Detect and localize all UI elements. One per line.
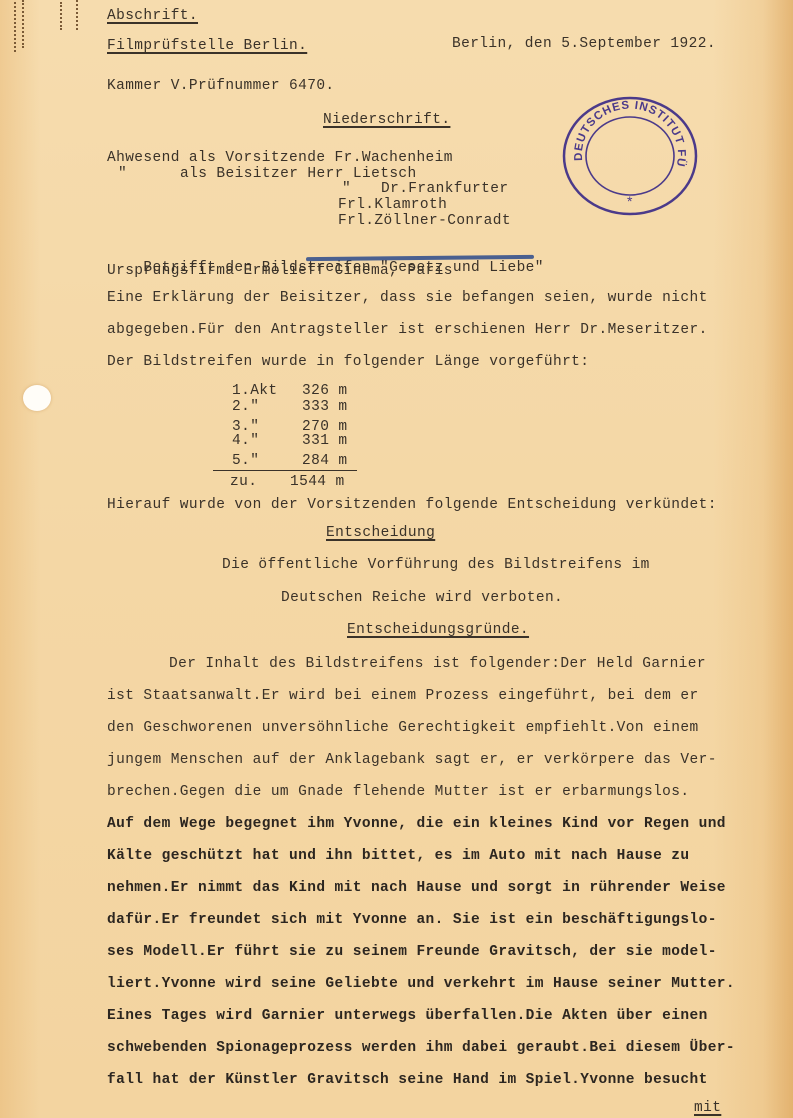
reasons-line: jungem Menschen auf der Anklagebank sagt… (107, 752, 717, 769)
institute-stamp: DEUTSCHES INSTITUT FÜR FILMKUNDE E.V. * (561, 94, 699, 218)
document-page: Abschrift. Filmprüfstelle Berlin. Berlin… (0, 0, 793, 1118)
length-row-value: 326 m (302, 383, 348, 400)
svg-text:*: * (627, 193, 633, 209)
decision-line-1: Die öffentliche Vorführung des Bildstrei… (222, 557, 650, 574)
length-row-value: 331 m (302, 433, 348, 450)
length-row-act: 1.Akt (232, 383, 278, 400)
reasons-line: ses Modell.Er führt sie zu seinem Freund… (107, 944, 717, 961)
chamber-number: Kammer V.Prüfnummer 6470. (107, 78, 335, 95)
stamp-seal-icon: DEUTSCHES INSTITUT FÜR FILMKUNDE E.V. * (561, 94, 699, 218)
attendance-chair: Ahwesend als Vorsitzende Fr.Wachenheim (107, 150, 453, 167)
reasons-heading: Entscheidungsgründe. (347, 622, 529, 639)
total-length: 1544 m (290, 474, 345, 491)
attendance-assessor-3: Frl.Klamroth (338, 197, 447, 214)
svg-text:DEUTSCHES INSTITUT FÜR FILMKUN: DEUTSCHES INSTITUT FÜR FILMKUNDE E.V. (561, 94, 688, 168)
reasons-line: Eines Tages wird Garnier unterwegs überf… (107, 1008, 708, 1025)
reasons-line: nehmen.Er nimmt das Kind mit nach Hause … (107, 880, 726, 897)
announcement: Hierauf wurde von der Vorsitzenden folge… (107, 497, 717, 514)
length-row-act: 5." (232, 453, 259, 470)
ditto-mark: " (342, 181, 351, 198)
sum-rule (213, 470, 357, 471)
ditto-mark: " (118, 166, 127, 183)
production-company: Ursprungsfirma Ermolieff Cinema, Paris (107, 263, 453, 280)
reasons-line: Auf dem Wege begegnet ihm Yvonne, die ei… (107, 816, 726, 833)
reasons-line: fall hat der Künstler Gravitsch seine Ha… (107, 1072, 708, 1089)
document-title: Niederschrift. (323, 112, 450, 129)
office-name: Filmprüfstelle Berlin. (107, 38, 307, 55)
decision-line-2: Deutschen Reiche wird verboten. (281, 590, 563, 607)
reasons-line: ist Staatsanwalt.Er wird bei einem Proze… (107, 688, 699, 705)
reasons-line: brechen.Gegen die um Gnade flehende Mutt… (107, 784, 690, 801)
length-row-value: 333 m (302, 399, 348, 416)
reasons-line: dafür.Er freundet sich mit Yvonne an. Si… (107, 912, 717, 929)
total-label: zu. (230, 474, 257, 491)
reasons-line: liert.Yvonne wird seine Geliebte und ver… (107, 976, 735, 993)
length-row-value: 284 m (302, 453, 348, 470)
punch-hole (23, 385, 51, 411)
reasons-line: schwebenden Spionageprozess werden ihm d… (107, 1040, 735, 1057)
intro-line-2: abgegeben.Für den Antragsteller ist ersc… (107, 322, 708, 339)
intro-line-3: Der Bildstreifen wurde in folgender Läng… (107, 354, 589, 371)
intro-line-1: Eine Erklärung der Beisitzer, dass sie b… (107, 290, 708, 307)
reasons-line: Der Inhalt des Bildstreifens ist folgend… (169, 656, 706, 673)
margin-marks (10, 0, 80, 55)
length-row-act: 4." (232, 433, 259, 450)
place-date: Berlin, den 5.September 1922. (452, 36, 716, 53)
decision-heading: Entscheidung (326, 525, 435, 542)
reasons-line: den Geschworenen unversöhnliche Gerechti… (107, 720, 699, 737)
length-row-act: 2." (232, 399, 259, 416)
catchword: mit (694, 1100, 721, 1117)
reasons-line: Kälte geschützt hat und ihn bittet, es i… (107, 848, 690, 865)
attendance-assessor-2: Dr.Frankfurter (381, 181, 508, 198)
attendance-assessor-4: Frl.Zöllner-Conradt (338, 213, 511, 230)
copy-label: Abschrift. (107, 8, 198, 25)
